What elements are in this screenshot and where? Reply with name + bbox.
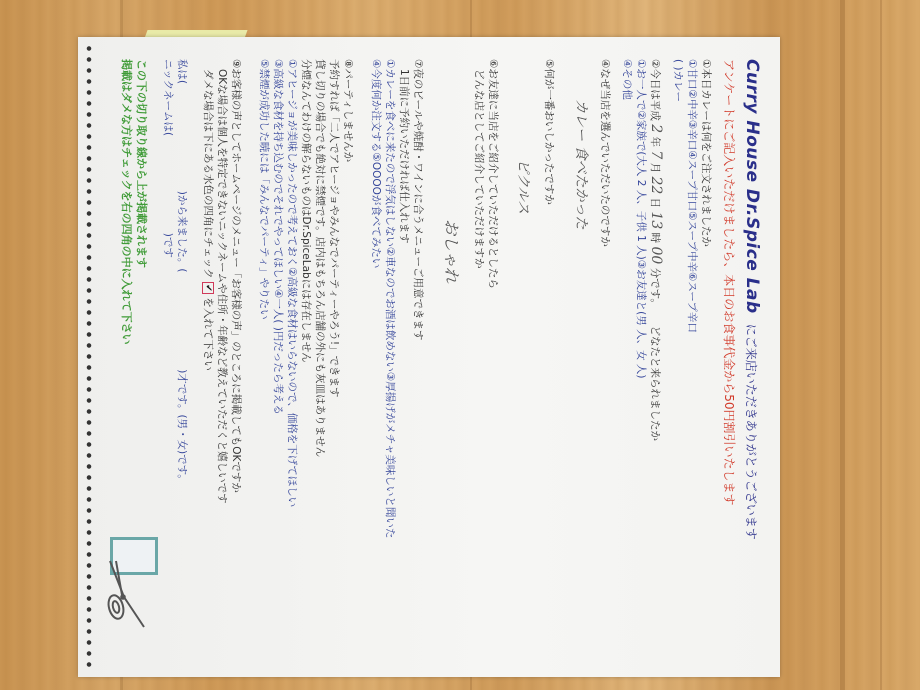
wood-grain	[880, 0, 882, 690]
question-9-line2: OKな場合は個人を特定できないニックネームや住所・年齢など教えていただくと嬉しい…	[215, 59, 229, 677]
question-7-options-1[interactable]: ①カレーを食べに来たので浮気はしない②車なのでお酒は飲めない③厚揚げがメチャ美味…	[383, 59, 397, 677]
answer-4[interactable]: カレー 食べたかった	[572, 99, 592, 677]
checkbox-icon[interactable]: ✔	[202, 282, 214, 294]
question-3-other[interactable]: ④その他	[620, 59, 634, 677]
filled-year[interactable]: 2	[648, 124, 664, 133]
question-4: ④なぜ当店を選んでいただいたのですか	[598, 59, 612, 677]
filled-day[interactable]: 22	[648, 176, 664, 194]
question-9-line3: ダメな場合は下にある水色の四角にチェック ✔ を入れて下さい	[201, 59, 215, 677]
question-8-line4: 分煙なんてわけの解らないものはDr.SpiceLabには存在しません	[299, 59, 313, 677]
question-1-other-field[interactable]: ( )カレー	[671, 59, 685, 677]
question-8-line3: 貸し切りの場合でも絶対に禁煙です。店内はもちろん店舗の外にも灰皿はありません	[313, 59, 327, 677]
restaurant-brand: Curry House Dr.Spice Lab	[742, 59, 762, 314]
question-9-line1: ⑨お客様の声としてホームページのメニュー「お客様の声」のところに掲載してもOKで…	[229, 59, 243, 677]
filled-minute[interactable]: 00	[648, 247, 664, 265]
profile-nickname[interactable]: ニックネームは( )です	[161, 59, 175, 677]
thanks-message: にご来店いただきありがとうございます	[743, 324, 760, 540]
perforation-holes	[86, 43, 92, 671]
scissors-icon	[100, 557, 150, 637]
survey-sheet: Curry House Dr.Spice Lab にご来店いただきありがとうござ…	[78, 37, 780, 677]
question-6-line1: ⑥お友達に当店をご紹介していただけるとしたら	[486, 59, 500, 677]
filled-month[interactable]: 7	[648, 150, 664, 159]
question-1: ①本日カレーは何をご注文されましたか	[699, 59, 713, 677]
question-8-options-3[interactable]: ⑤禁煙が成功した暁には「みんなでパーティ」やりたい	[257, 59, 271, 677]
question-3-options[interactable]: ①お一人で②家族で(大人 2 人、子供 1 人)③お友達と(男 人、女 人)	[634, 59, 648, 677]
survey-header: Curry House Dr.Spice Lab にご来店いただきありがとうござ…	[742, 59, 762, 677]
question-3-who: どなたと来られましたか	[649, 326, 661, 442]
answer-6[interactable]: おしゃれ	[441, 219, 464, 677]
filled-hour[interactable]: 13	[648, 212, 664, 230]
answer-5[interactable]: ピクルス	[514, 159, 534, 677]
question-2-date: ②今日は平成 2 年 7 月 22 日 13 時 00 分です。 どなたと来られ…	[648, 59, 663, 677]
wood-grain	[840, 0, 845, 690]
question-7-line2: 1日前に予約いただければ仕入れます	[397, 59, 411, 677]
question-5: ⑤何が一番おいしかったですか	[542, 59, 556, 677]
question-8-options-2[interactable]: ③高級な食材を持ち込むのでそれでやってほしい④一人( )円だったら考える	[271, 59, 285, 677]
question-8-options-1[interactable]: ①アヒージョが美味しかったので考えておく②高級な食材はいらないので、価格を下げて…	[285, 59, 299, 677]
question-8-line1: ⑧パーティしませんか	[341, 59, 355, 677]
profile-origin-age-gender[interactable]: 私は( )から来ました。( )才です。(男・女)です。	[175, 59, 189, 677]
survey-sheet-container: Curry House Dr.Spice Lab にご来店いただきありがとうござ…	[78, 37, 780, 677]
question-8-line2: 予約すれば「二人でアヒージョやみんなでパーティーやろう!」できます	[327, 59, 341, 677]
question-1-options[interactable]: ①甘口②中辛③辛口④スープ甘口⑤スープ中辛⑥スープ辛口	[685, 59, 699, 677]
question-7-options-2[interactable]: ④今度何か注文する⑤OOOOが食べてみたい	[369, 59, 383, 677]
question-6-line2: どんな店としてご紹介していただけますか	[472, 59, 486, 677]
discount-promo: アンケートにご記入いただけましたら、本日のお食事代金から50円割引いたします	[721, 59, 738, 677]
question-7-line1: ⑦夜のビールや焼酎・ワインに合うメニューご用意できます	[411, 59, 425, 677]
